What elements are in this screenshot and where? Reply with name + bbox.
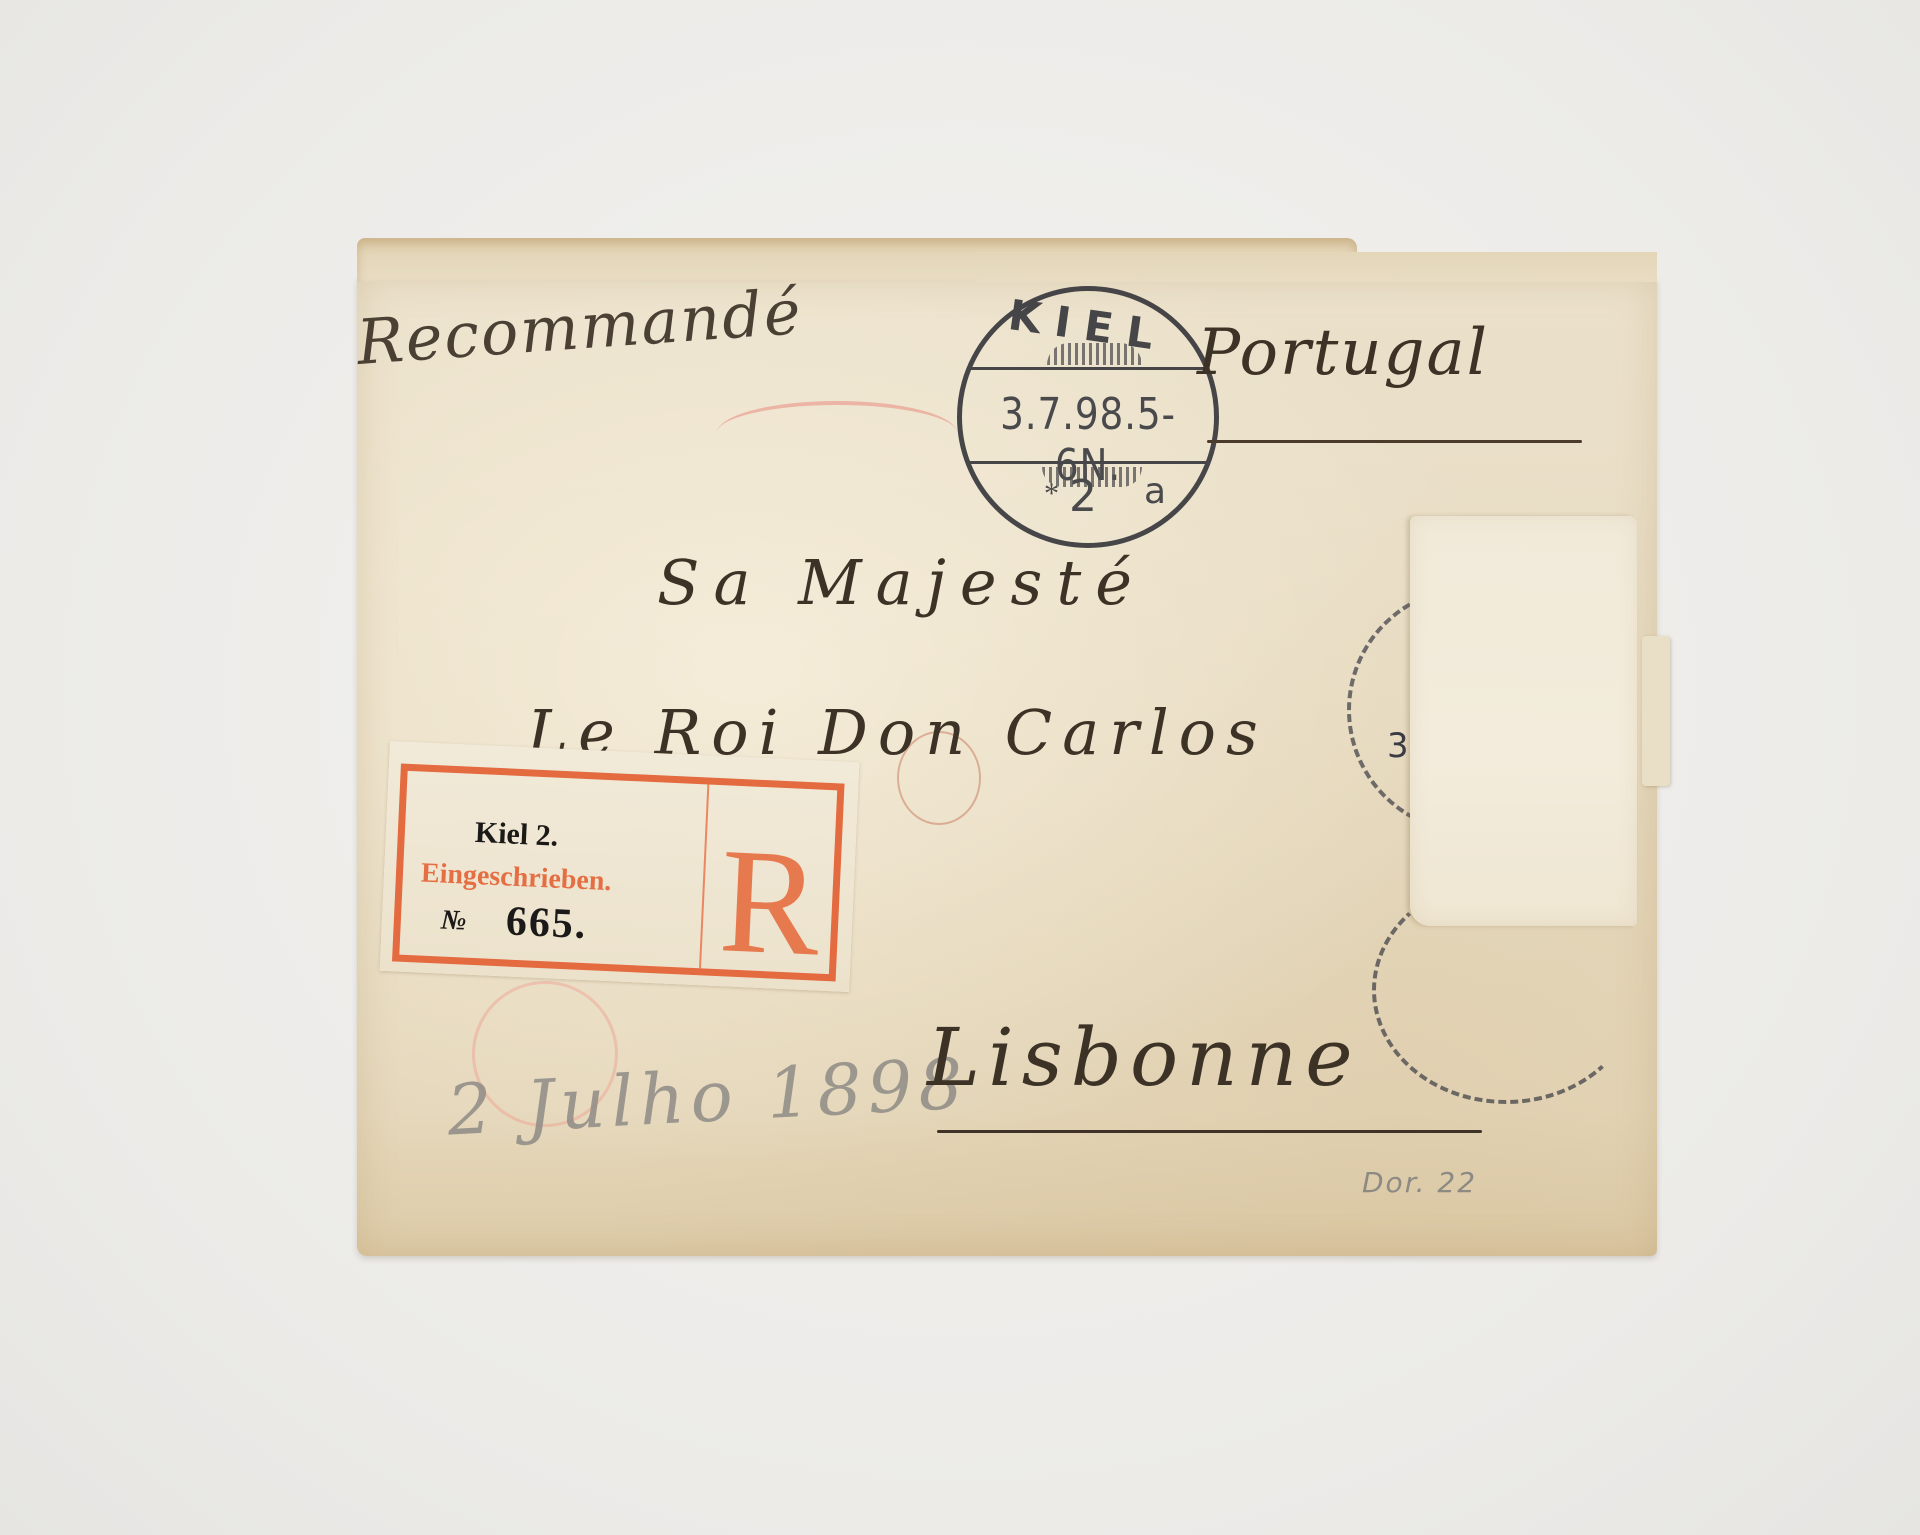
city-underline	[937, 1130, 1482, 1133]
torn-opening	[1410, 516, 1637, 926]
red-pencil-mark	[717, 401, 957, 465]
country-underline	[1207, 440, 1582, 443]
archive-reference: Dor. 22	[1362, 1166, 1477, 1199]
registration-number: 665.	[505, 897, 589, 949]
envelope-top-edge-right	[977, 252, 1657, 282]
service-note: Recommandé	[354, 275, 804, 379]
envelope: Recommandé KIEL 3.7.98.5-6N. * 2 a Portu…	[357, 276, 1657, 1256]
postmark-suffix: a	[1144, 471, 1166, 512]
registration-label: Kiel 2. Eingeschrieben. № 665. R	[380, 741, 860, 992]
registration-office: Kiel 2.	[474, 816, 559, 854]
kiel-postmark: KIEL 3.7.98.5-6N. * 2 a	[957, 286, 1219, 548]
registration-type: Eingeschrieben.	[420, 858, 612, 899]
addressee-line-1: Sa Majesté	[657, 546, 1146, 619]
postmark-band-line	[968, 367, 1208, 370]
registration-label-frame: Kiel 2. Eingeschrieben. № 665. R	[392, 764, 845, 982]
postmark-office: 2	[962, 471, 1214, 522]
destination-country: Portugal	[1197, 316, 1489, 390]
registration-divider	[699, 784, 709, 968]
registered-r-icon: R	[717, 825, 824, 979]
postmark-band-line	[968, 461, 1208, 464]
registration-number-prefix: №	[440, 905, 467, 938]
postmark-hatch-top	[1047, 343, 1142, 365]
torn-paper-tab	[1642, 636, 1670, 786]
destination-city: Lisbonne	[927, 1011, 1361, 1104]
